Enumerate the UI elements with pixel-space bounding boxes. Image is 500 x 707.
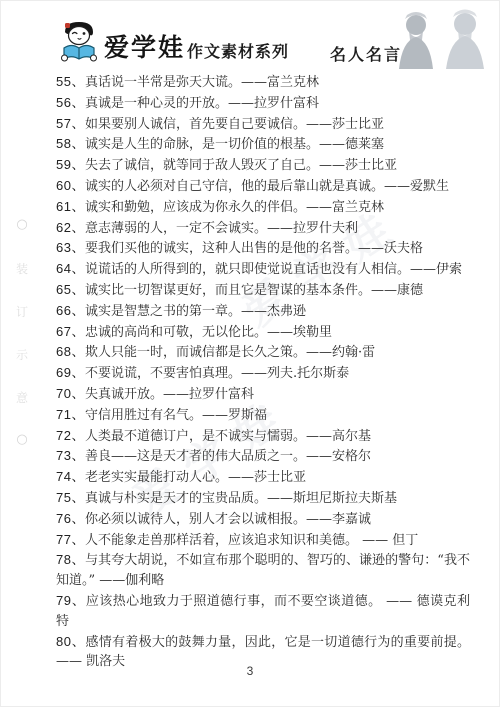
quote-number: 67、 (56, 324, 85, 339)
document-page: 爱学娃 作文素材系列 名人名言 ○ 装 订 示 意 ○ (0, 0, 500, 707)
quote-text: 真诚是一种心灵的开放。——拉罗什富科 (85, 96, 319, 111)
quote-item: 68、欺人只能一时，而诚信都是长久之策。——约翰·雷 (56, 342, 470, 363)
quote-item: 69、不要说谎，不要害怕真理。——列夫.托尔斯泰 (56, 363, 470, 384)
binding-mark: ○ (13, 217, 31, 260)
quote-number: 64、 (56, 261, 85, 276)
quote-item: 55、真话说一半常是弥天大谎。——富兰克林 (56, 72, 470, 93)
quote-number: 72、 (56, 428, 85, 443)
quote-item: 63、要我们买他的诚实，这种人出售的是他的名誉。——沃夫格 (56, 238, 470, 259)
binding-marks: ○ 装 订 示 意 ○ (13, 217, 31, 475)
quote-number: 69、 (56, 365, 85, 380)
brand-title: 爱学娃 (104, 28, 185, 64)
quote-text: 说谎话的人所得到的，就只即使觉说直话也没有人相信。——伊索 (85, 262, 462, 277)
quote-text: 诚实的人必须对自己守信，他的最后靠山就是真诚。——爱默生 (85, 179, 449, 194)
quote-number: 57、 (56, 116, 85, 131)
quote-number: 70、 (56, 386, 85, 401)
quote-text: 如果要别人诚信，首先要自己要诚信。——莎士比亚 (85, 117, 384, 132)
quote-item: 79、应该热心地致力于照道德行事，而不要空谈道德。 —— 德谟克利特 (56, 591, 470, 632)
quote-number: 74、 (56, 469, 85, 484)
quote-text: 老老实实最能打动人心。——莎士比亚 (85, 470, 306, 485)
quote-item: 78、与其夸大胡说，不如宣布那个聪明的、智巧的、谦逊的警句：“我不知道。” ——… (56, 550, 470, 591)
quote-number: 62、 (56, 220, 85, 235)
quote-number: 75、 (56, 490, 85, 505)
quote-item: 76、你必须以诚待人，别人才会以诚相报。——李嘉诚 (56, 509, 470, 530)
quote-item: 72、人类最不道德订户，是不诚实与懦弱。——高尔基 (56, 426, 470, 447)
quote-text: 人类最不道德订户，是不诚实与懦弱。——高尔基 (85, 429, 371, 444)
quote-item: 66、诚实是智慧之书的第一章。——杰弗逊 (56, 301, 470, 322)
page-number: 3 (1, 664, 499, 678)
quote-number: 80、 (56, 634, 86, 649)
binding-mark: ○ (13, 432, 31, 475)
quote-text: 失去了诚信，就等同于敌人毁灭了自己。——莎士比亚 (85, 158, 397, 173)
quote-number: 71、 (56, 407, 85, 422)
quote-text: 应该热心地致力于照道德行事，而不要空谈道德。 —— 德谟克利特 (56, 594, 470, 629)
quote-text: 欺人只能一时，而诚信都是长久之策。——约翰·雷 (85, 345, 375, 360)
binding-mark: 订 (13, 303, 31, 346)
quote-number: 59、 (56, 157, 85, 172)
quote-text: 忠诚的高尚和可敬，无以伦比。——埃勒里 (85, 325, 332, 340)
quote-item: 64、说谎话的人所得到的，就只即使觉说直话也没有人相信。——伊索 (56, 259, 470, 280)
quote-item: 56、真诚是一种心灵的开放。——拉罗什富科 (56, 93, 470, 114)
quote-item: 70、失真诚开放。——拉罗什富科 (56, 384, 470, 405)
quote-number: 68、 (56, 344, 85, 359)
quote-text: 守信用胜过有名气。——罗斯福 (85, 408, 267, 423)
quote-number: 56、 (56, 95, 85, 110)
binding-mark: 装 (13, 260, 31, 303)
quote-item: 61、诚实和勤勉，应该成为你永久的伴侣。——富兰克林 (56, 197, 470, 218)
quote-item: 77、人不能象走兽那样活着，应该追求知识和美德。 —— 但丁 (56, 530, 470, 551)
quote-text: 诚实比一切智谋更好，而且它是智谋的基本条件。——康德 (85, 283, 423, 298)
quote-number: 55、 (56, 74, 85, 89)
binding-mark: 示 (13, 346, 31, 389)
quote-number: 61、 (56, 199, 85, 214)
quote-item: 57、如果要别人诚信，首先要自己要诚信。——莎士比亚 (56, 114, 470, 135)
quote-text: 失真诚开放。——拉罗什富科 (85, 387, 254, 402)
quote-number: 60、 (56, 178, 85, 193)
quote-text: 真诚与朴实是天才的宝贵品质。——斯坦尼斯拉夫斯基 (85, 491, 397, 506)
quote-list: 55、真话说一半常是弥天大谎。——富兰克林 56、真诚是一种心灵的开放。——拉罗… (56, 72, 470, 672)
quote-item: 60、诚实的人必须对自己守信，他的最后靠山就是真诚。——爱默生 (56, 176, 470, 197)
quote-number: 66、 (56, 303, 85, 318)
quote-text: 不要说谎，不要害怕真理。——列夫.托尔斯泰 (85, 366, 349, 381)
quote-text: 真话说一半常是弥天大谎。——富兰克林 (85, 75, 319, 90)
quote-text: 与其夸大胡说，不如宣布那个聪明的、智巧的、谦逊的警句：“我不知道。” ——伽利略 (56, 553, 470, 588)
quote-number: 65、 (56, 282, 85, 297)
quote-text: 诚实是智慧之书的第一章。——杰弗逊 (85, 304, 306, 319)
quote-text: 诚实和勤勉，应该成为你永久的伴侣。——富兰克林 (85, 200, 384, 215)
quote-number: 78、 (56, 552, 85, 567)
quote-number: 76、 (56, 511, 85, 526)
series-title: 作文素材系列 (187, 39, 289, 62)
quote-number: 73、 (56, 448, 85, 463)
confucius-ink-portraits-image (391, 9, 493, 69)
quote-item: 65、诚实比一切智谋更好，而且它是智谋的基本条件。——康德 (56, 280, 470, 301)
quote-text: 善良——这是天才者的伟大品质之一。——安格尔 (85, 449, 371, 464)
quote-text: 诚实是人生的命脉，是一切价值的根基。——德莱塞 (85, 137, 384, 152)
quote-item: 62、意志薄弱的人，一定不会诚实。——拉罗什夫利 (56, 218, 470, 239)
quote-number: 77、 (56, 532, 85, 547)
quote-number: 58、 (56, 136, 85, 151)
quote-text: 你必须以诚待人，别人才会以诚相报。——李嘉诚 (85, 512, 371, 527)
quote-number: 79、 (56, 593, 86, 608)
quote-item: 58、诚实是人生的命脉，是一切价值的根基。——德莱塞 (56, 134, 470, 155)
binding-mark: 意 (13, 389, 31, 432)
quote-text: 要我们买他的诚实，这种人出售的是他的名誉。——沃夫格 (85, 241, 423, 256)
reading-kid-mascot-icon (56, 18, 102, 64)
quote-text: 意志薄弱的人，一定不会诚实。——拉罗什夫利 (85, 221, 358, 236)
quote-text: 人不能象走兽那样活着，应该追求知识和美德。 —— 但丁 (85, 533, 418, 548)
quote-item: 73、善良——这是天才者的伟大品质之一。——安格尔 (56, 446, 470, 467)
quote-item: 71、守信用胜过有名气。——罗斯福 (56, 405, 470, 426)
quote-item: 59、失去了诚信，就等同于敌人毁灭了自己。——莎士比亚 (56, 155, 470, 176)
quote-item: 75、真诚与朴实是天才的宝贵品质。——斯坦尼斯拉夫斯基 (56, 488, 470, 509)
quote-item: 67、忠诚的高尚和可敬，无以伦比。——埃勒里 (56, 322, 470, 343)
quote-number: 63、 (56, 240, 85, 255)
quote-item: 74、老老实实最能打动人心。——莎士比亚 (56, 467, 470, 488)
